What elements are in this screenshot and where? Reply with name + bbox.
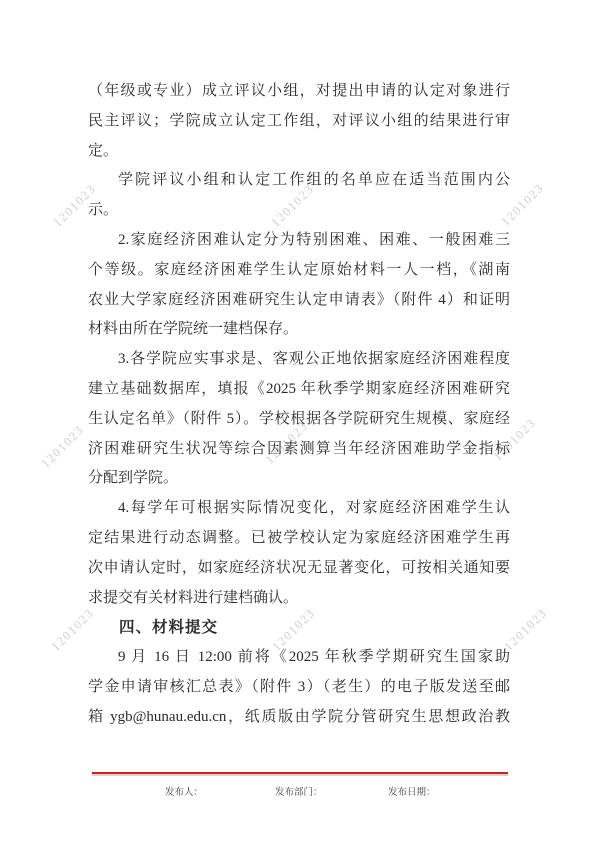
footer-divider-line (92, 772, 508, 774)
text-line: 分配到学院。 (88, 464, 510, 494)
text-line: 民主评议；学院成立认定工作组，对评议小组的结果进行审 (88, 107, 510, 137)
document-body: （年级或专业）成立评议小组，对提出申请的认定对象进行 民主评议；学院成立认定工作… (88, 77, 510, 733)
text-line: 9 月 16 日 12:00 前将《2025 年秋季学期研究生国家助 (88, 643, 510, 673)
text-line: 济困难研究生状况等综合因素测算当年经济困难助学金指标 (88, 435, 510, 465)
text-line: 次申请认定时，如家庭经济状况无显著变化，可按相关通知要 (88, 554, 510, 584)
text-line: 学院评议小组和认定工作组的名单应在适当范围内公 (88, 166, 510, 196)
text-line: （年级或专业）成立评议小组，对提出申请的认定对象进行 (88, 77, 510, 107)
text-line: 生认定名单》（附件 5）。学校根据各学院研究生规模、家庭经 (88, 405, 510, 435)
text-line: 农业大学家庭经济困难研究生认定申请表》（附件 4）和证明 (88, 286, 510, 316)
text-line: 2.家庭经济困难认定分为特别困难、困难、一般困难三 (88, 226, 510, 256)
document-page: 1201023 1201023 1201023 1201023 1201023 … (0, 0, 600, 848)
watermark-text: 1201023 (39, 423, 88, 472)
text-line: 材料由所在学院统一建档保存。 (88, 315, 510, 345)
text-line: 定结果进行动态调整。已被学校认定为家庭经济困难学生再 (88, 524, 510, 554)
publisher-label: 发布人： (165, 784, 203, 798)
text-line: 示。 (88, 196, 510, 226)
department-label: 发布部门： (275, 784, 323, 798)
text-line: 学金申请审核汇总表》（附件 3）（老生）的电子版发送至邮 (88, 673, 510, 703)
publish-date-label: 发布日期： (388, 784, 436, 798)
text-line: 求提交有关材料进行建档确认。 (88, 584, 510, 614)
text-line: 建立基础数据库，填报《2025 年秋季学期家庭经济困难研究 (88, 375, 510, 405)
text-line: 4.每学年可根据实际情况变化，对家庭经济困难学生认 (88, 494, 510, 524)
text-line: 个等级。家庭经济困难学生认定原始材料一人一档，《湖南 (88, 256, 510, 286)
section-heading: 四、材料提交 (88, 613, 510, 643)
text-line: 定。 (88, 137, 510, 167)
text-line: 箱 ygb@hunau.edu.cn，纸质版由学院分管研究生思想政治教 (88, 703, 510, 733)
text-line: 3.各学院应实事求是、客观公正地依据家庭经济困难程度 (88, 345, 510, 375)
footer-meta-row: 发布人： 发布部门： 发布日期： (0, 784, 600, 800)
